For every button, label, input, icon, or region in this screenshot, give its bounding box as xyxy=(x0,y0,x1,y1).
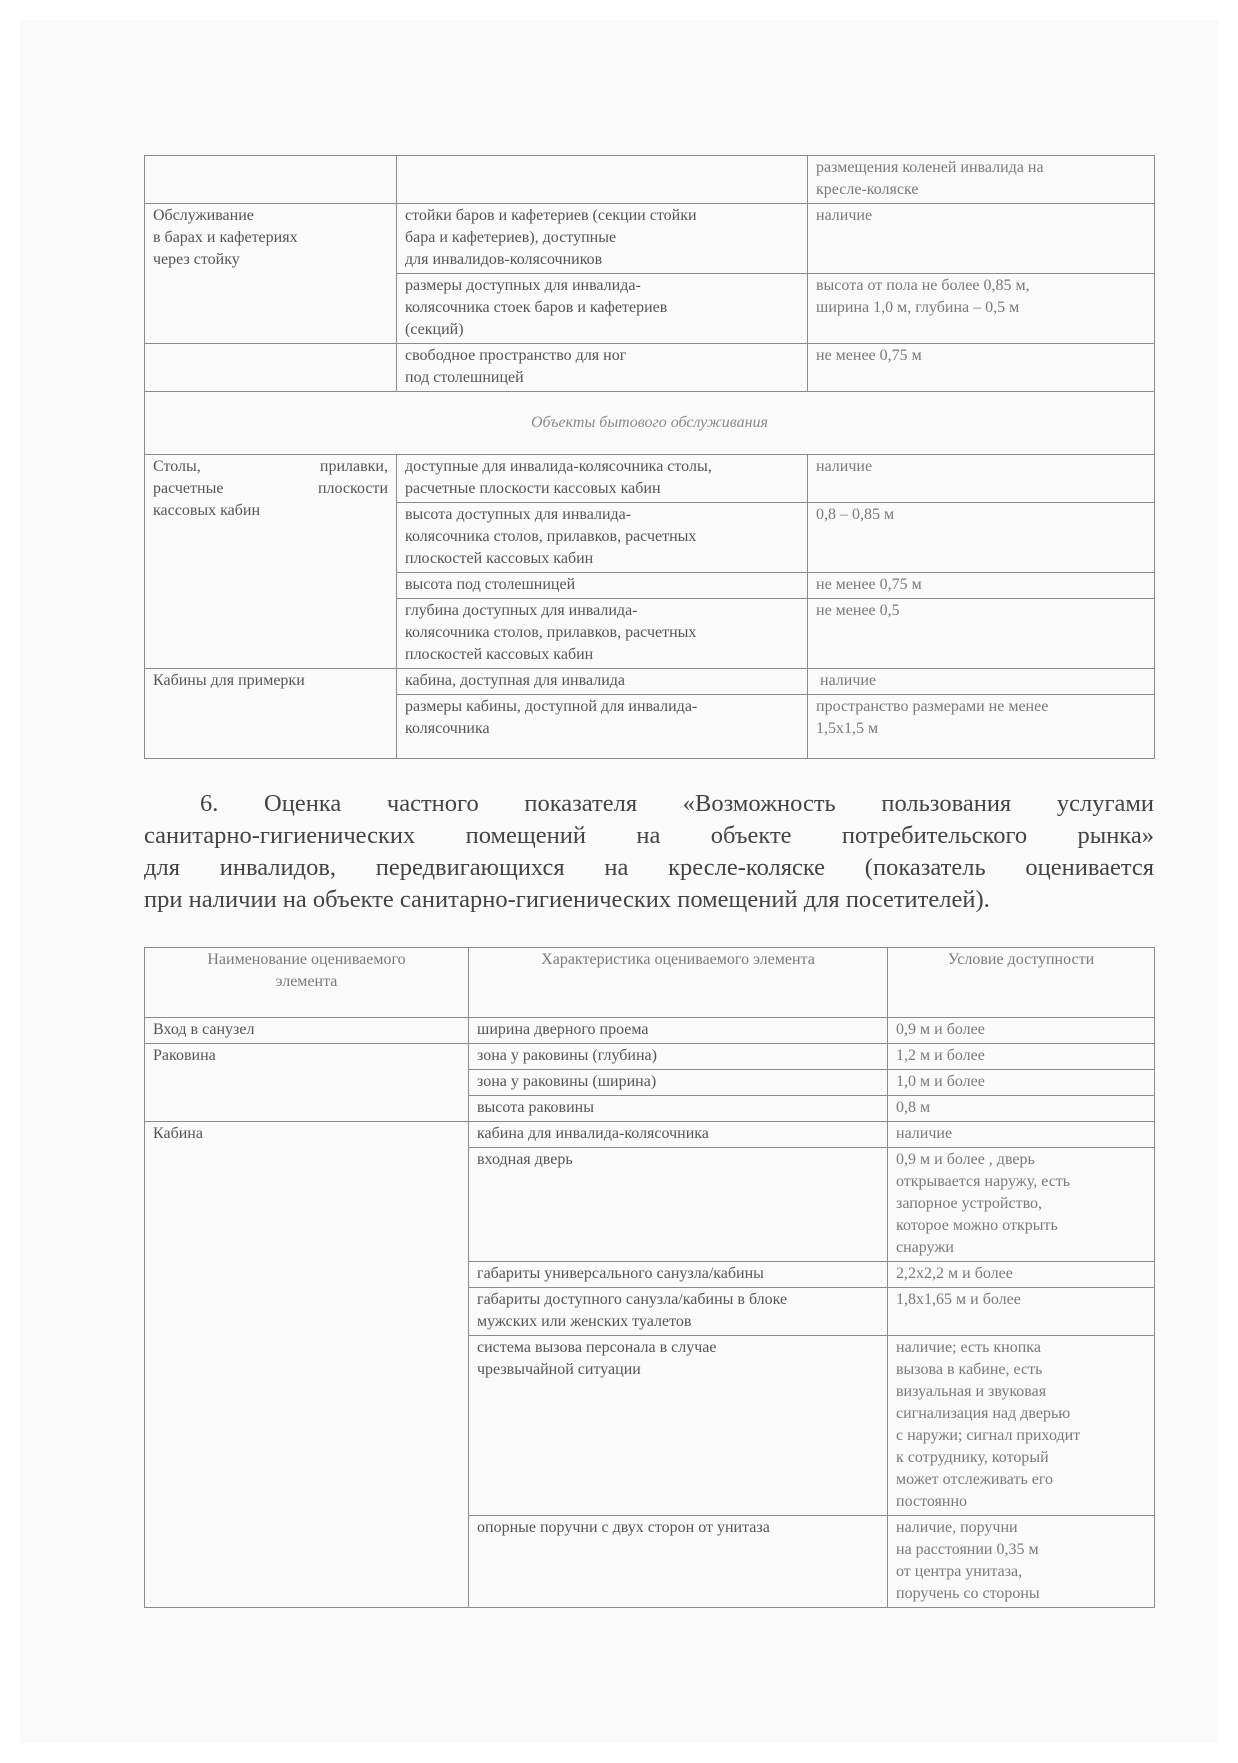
characteristic-cell: опорные поручни с двух сторон от унитаза xyxy=(469,1516,888,1608)
paragraph-line: для инвалидов, передвигающихся на кресле… xyxy=(144,852,1154,884)
characteristic-cell: стойки баров и кафетериев (секции стойки… xyxy=(397,204,808,274)
characteristic-cell: размеры кабины, доступной для инвалида- … xyxy=(397,695,808,759)
characteristic-cell: кабина для инвалида-колясочника xyxy=(469,1122,888,1148)
condition-cell: не менее 0,75 м xyxy=(808,344,1155,392)
table-row: Вход в санузел ширина дверного проема 0,… xyxy=(145,1018,1155,1044)
characteristic-cell: свободное пространство для ног под столе… xyxy=(397,344,808,392)
paragraph-line: 6. Оценка частного показателя «Возможнос… xyxy=(144,788,1154,820)
condition-cell: 0,9 м и более xyxy=(888,1018,1155,1044)
characteristic-cell xyxy=(397,156,808,204)
column-header-condition: Условие доступности xyxy=(888,948,1155,1018)
characteristic-cell: высота доступных для инвалида- колясочни… xyxy=(397,503,808,573)
table-row: Кабина кабина для инвалида-колясочника н… xyxy=(145,1122,1155,1148)
condition-cell: наличие xyxy=(808,455,1155,503)
characteristic-cell: доступные для инвалида-колясочника столы… xyxy=(397,455,808,503)
section-title: Объекты бытового обслуживания xyxy=(145,392,1155,455)
accessibility-table-services: размещения коленей инвалида на кресле-ко… xyxy=(144,155,1155,759)
condition-cell: наличие xyxy=(888,1122,1155,1148)
table-row: Раковина зона у раковины (глубина) 1,2 м… xyxy=(145,1044,1155,1070)
element-cell: Раковина xyxy=(145,1044,469,1122)
characteristic-cell: габариты универсального санузла/кабины xyxy=(469,1262,888,1288)
table-row: свободное пространство для ног под столе… xyxy=(145,344,1155,392)
table-header-row: Наименование оцениваемого элемента Харак… xyxy=(145,948,1155,1018)
paragraph-line: при наличии на объекте санитарно-гигиени… xyxy=(144,884,1154,916)
condition-cell: наличие xyxy=(808,204,1155,274)
section-row: Объекты бытового обслуживания xyxy=(145,392,1155,455)
characteristic-cell: зона у раковины (глубина) xyxy=(469,1044,888,1070)
condition-cell: 1,8х1,65 м и более xyxy=(888,1288,1155,1336)
condition-cell: 0,8 м xyxy=(888,1096,1155,1122)
condition-cell: наличие, поручни на расстоянии 0,35 м от… xyxy=(888,1516,1155,1608)
condition-cell: наличие xyxy=(808,669,1155,695)
condition-cell: не менее 0,5 xyxy=(808,599,1155,669)
element-cell: Кабины для примерки xyxy=(145,669,397,759)
condition-cell: высота от пола не более 0,85 м, ширина 1… xyxy=(808,274,1155,344)
characteristic-cell: высота раковины xyxy=(469,1096,888,1122)
characteristic-cell: высота под столешницей xyxy=(397,573,808,599)
section-6-paragraph: 6. Оценка частного показателя «Возможнос… xyxy=(144,788,1154,916)
column-header-characteristic: Характеристика оцениваемого элемента xyxy=(469,948,888,1018)
condition-cell: 1,2 м и более xyxy=(888,1044,1155,1070)
condition-cell: 0,8 – 0,85 м xyxy=(808,503,1155,573)
element-cell xyxy=(145,156,397,204)
table-row: Кабины для примерки кабина, доступная дл… xyxy=(145,669,1155,695)
element-cell: Кабина xyxy=(145,1122,469,1608)
condition-cell: не менее 0,75 м xyxy=(808,573,1155,599)
accessibility-table-sanitary: Наименование оцениваемого элемента Харак… xyxy=(144,947,1155,1608)
element-cell xyxy=(145,344,397,392)
characteristic-cell: габариты доступного санузла/кабины в бло… xyxy=(469,1288,888,1336)
element-cell: Столы, прилавки, расчетные плоскости кас… xyxy=(145,455,397,669)
element-cell: Вход в санузел xyxy=(145,1018,469,1044)
condition-cell: размещения коленей инвалида на кресле-ко… xyxy=(808,156,1155,204)
table-row: Обслуживание в барах и кафетериях через … xyxy=(145,204,1155,274)
condition-cell: пространство размерами не менее 1,5х1,5 … xyxy=(808,695,1155,759)
characteristic-cell: размеры доступных для инвалида- колясочн… xyxy=(397,274,808,344)
paragraph-line: санитарно-гигиенических помещений на объ… xyxy=(144,820,1154,852)
condition-cell: 0,9 м и более , дверь открывается наружу… xyxy=(888,1148,1155,1262)
characteristic-cell: система вызова персонала в случае чрезвы… xyxy=(469,1336,888,1516)
table-row: размещения коленей инвалида на кресле-ко… xyxy=(145,156,1155,204)
condition-cell: наличие; есть кнопка вызова в кабине, ес… xyxy=(888,1336,1155,1516)
characteristic-cell: глубина доступных для инвалида- колясочн… xyxy=(397,599,808,669)
condition-cell: 2,2х2,2 м и более xyxy=(888,1262,1155,1288)
table-row: Столы, прилавки, расчетные плоскости кас… xyxy=(145,455,1155,503)
characteristic-cell: входная дверь xyxy=(469,1148,888,1262)
characteristic-cell: зона у раковины (ширина) xyxy=(469,1070,888,1096)
characteristic-cell: кабина, доступная для инвалида xyxy=(397,669,808,695)
element-cell: Обслуживание в барах и кафетериях через … xyxy=(145,204,397,344)
column-header-element: Наименование оцениваемого элемента xyxy=(145,948,469,1018)
characteristic-cell: ширина дверного проема xyxy=(469,1018,888,1044)
condition-cell: 1,0 м и более xyxy=(888,1070,1155,1096)
